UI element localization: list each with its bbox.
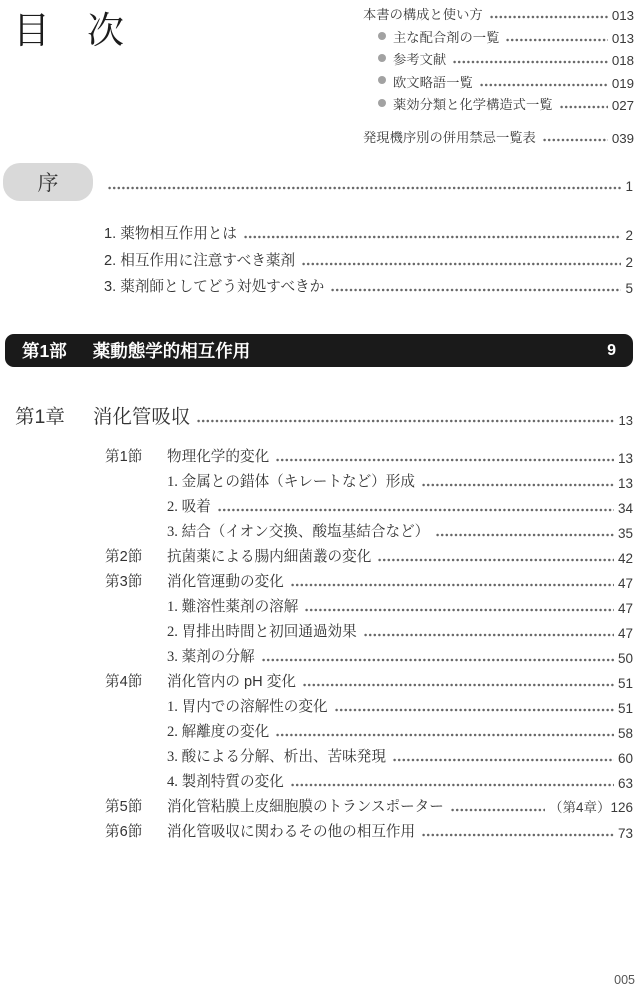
chapter1-sections: 第1節物理化学的変化131. 金属との錯体（キレートなど）形成132. 吸着34… xyxy=(105,441,633,841)
toc-entry-label: 抗菌薬による腸内細菌叢の変化 xyxy=(167,545,371,566)
list-item: 第2節抗菌薬による腸内細菌叢の変化42 xyxy=(105,541,633,566)
toc-entry-page: 027 xyxy=(612,98,634,113)
list-item: 主な配合剤の一覧013 xyxy=(363,23,634,45)
section-number: 第5節 xyxy=(105,795,167,816)
section-number: 第1節 xyxy=(105,445,167,466)
dot-leader xyxy=(378,557,614,563)
dot-leader xyxy=(560,104,608,110)
list-item: 薬効分類と化学構造式一覧027 xyxy=(363,91,634,113)
toc-entry-label: 2. 吸着 xyxy=(167,495,211,516)
list-item: 本書の構成と使い方013 xyxy=(363,1,634,23)
dot-leader xyxy=(453,59,608,65)
toc-entry-page: 019 xyxy=(612,76,634,91)
toc-entry-label: 消化管内の pH 変化 xyxy=(167,670,296,691)
toc-entry-label: 消化管運動の変化 xyxy=(167,570,284,591)
toc-entry-page: 51 xyxy=(618,701,633,716)
toc-entry-page: 47 xyxy=(618,576,633,591)
dot-leader xyxy=(244,234,622,240)
toc-entry-page: 47 xyxy=(618,601,633,616)
section-number: 第6節 xyxy=(105,820,167,841)
toc-entry-page: 5 xyxy=(625,281,633,296)
toc-entry-label: 2. 解離度の変化 xyxy=(167,720,269,741)
toc-entry-label: 4. 製剤特質の変化 xyxy=(167,770,284,791)
toc-entry-label: 薬効分類と化学構造式一覧 xyxy=(393,94,553,113)
dot-leader xyxy=(197,418,614,424)
toc-entry-page: （第4章）126 xyxy=(549,796,633,816)
bullet-icon xyxy=(378,99,386,107)
dot-leader xyxy=(276,457,614,463)
toc-entry-label: 本書の構成と使い方 xyxy=(363,4,483,23)
toc-entry-page: 013 xyxy=(612,8,634,23)
part-number: 第1部 xyxy=(22,338,67,363)
list-item: 1. 金属との錯体（キレートなど）形成13 xyxy=(105,466,633,491)
list-item: 3. 結合（イオン交換、酸塩基結合など）35 xyxy=(105,516,633,541)
toc-entry-label: 2. 相互作用に注意すべき薬剤 xyxy=(104,249,295,270)
bullet-icon xyxy=(378,76,386,84)
list-item: 1. 胃内での溶解性の変化51 xyxy=(105,691,633,716)
dot-leader xyxy=(218,507,614,513)
page-folio: 005 xyxy=(614,973,635,987)
list-item: 第4節消化管内の pH 変化51 xyxy=(105,666,633,691)
part-page: 9 xyxy=(607,342,616,360)
toc-entry-label: 1. 金属との錯体（キレートなど）形成 xyxy=(167,470,415,491)
toc-entry-label: 1. 胃内での溶解性の変化 xyxy=(167,695,328,716)
toc-entry-label: 消化管吸収に関わるその他の相互作用 xyxy=(167,820,415,841)
bullet-icon xyxy=(378,32,386,40)
toc-entry-page: 63 xyxy=(618,776,633,791)
toc-entry-label: 1. 薬物相互作用とは xyxy=(104,222,237,243)
list-item: 第3節消化管運動の変化47 xyxy=(105,566,633,591)
dot-leader xyxy=(480,82,608,88)
toc-entry-page: 039 xyxy=(612,131,634,146)
toc-entry-page: 34 xyxy=(618,501,633,516)
toc-entry-page: 13 xyxy=(618,476,633,491)
chapter-number: 第1章 xyxy=(15,401,65,429)
toc-entry-label: 3. 結合（イオン交換、酸塩基結合など） xyxy=(167,520,429,541)
toc-entry-label: 3. 薬剤の分解 xyxy=(167,645,255,666)
toc-entry-page: 50 xyxy=(618,651,633,666)
toc-entry-label: 物理化学的変化 xyxy=(167,445,269,466)
toc-entry-page: 73 xyxy=(618,826,633,841)
section-number: 第4節 xyxy=(105,670,167,691)
toc-entry-page: 58 xyxy=(618,726,633,741)
dot-leader xyxy=(331,287,621,293)
toc-entry-page: 13 xyxy=(619,413,633,428)
toc-entry-label: 参考文献 xyxy=(393,49,446,68)
preface-leader-row: 1 xyxy=(106,168,633,194)
bullet-icon xyxy=(378,54,386,62)
dot-leader xyxy=(393,757,614,763)
list-item: 参考文献018 xyxy=(363,46,634,68)
dot-leader xyxy=(436,532,614,538)
list-item: 2. 吸着34 xyxy=(105,491,633,516)
part1-heading: 第1部 薬動態学的相互作用 9 xyxy=(5,334,633,367)
dot-leader xyxy=(276,732,614,738)
toc-entry-label: 消化管粘膜上皮細胞膜のトランスポーター xyxy=(167,795,444,816)
list-item: 3. 酸による分解、析出、苦味発現60 xyxy=(105,741,633,766)
list-item: 2. 胃排出時間と初回通過効果47 xyxy=(105,616,633,641)
dot-leader xyxy=(108,185,621,191)
dot-leader xyxy=(543,137,608,143)
toc-entry-label: 欧文略語一覧 xyxy=(393,72,473,91)
toc-entry-page: 1 xyxy=(625,179,633,194)
toc-entry-label: 2. 胃排出時間と初回通過効果 xyxy=(167,620,357,641)
toc-entry-page: 2 xyxy=(625,255,633,270)
toc-entry-page: 51 xyxy=(618,676,633,691)
dot-leader xyxy=(422,482,614,488)
section-number: 第2節 xyxy=(105,545,167,566)
toc-page: 目 次 本書の構成と使い方013主な配合剤の一覧013参考文献018欧文略語一覧… xyxy=(0,0,639,1000)
section-number: 第3節 xyxy=(105,570,167,591)
toc-entry-page: 60 xyxy=(618,751,633,766)
list-item: 3. 薬剤の分解50 xyxy=(105,641,633,666)
list-item: 2. 解離度の変化58 xyxy=(105,716,633,741)
preface-badge: 序 xyxy=(3,163,93,201)
toc-entry-page: 47 xyxy=(618,626,633,641)
list-item: 発現機序別の併用禁忌一覧表039 xyxy=(363,124,634,146)
toc-entry-page: 2 xyxy=(625,228,633,243)
toc-entry-label: 主な配合剤の一覧 xyxy=(393,27,499,46)
list-item: 4. 製剤特質の変化63 xyxy=(105,766,633,791)
toc-entry-page: 13 xyxy=(618,451,633,466)
list-item: 第1節物理化学的変化13 xyxy=(105,441,633,466)
list-item: 第6節消化管吸収に関わるその他の相互作用73 xyxy=(105,816,633,841)
dot-leader xyxy=(364,632,614,638)
chapter-title: 消化管吸収 xyxy=(93,401,191,429)
toc-entry-label: 3. 酸による分解、析出、苦味発現 xyxy=(167,745,386,766)
toc-entry-page: 35 xyxy=(618,526,633,541)
part-title: 薬動態学的相互作用 xyxy=(93,338,251,363)
toc-entry-label: 3. 薬剤師としてどう対処すべきか xyxy=(104,275,324,296)
dot-leader xyxy=(303,682,614,688)
list-item: 欧文略語一覧019 xyxy=(363,68,634,90)
dot-leader xyxy=(291,582,614,588)
toc-entry-page: 42 xyxy=(618,551,633,566)
toc-entry-label: 1. 難溶性薬剤の溶解 xyxy=(167,595,298,616)
dot-leader xyxy=(305,607,614,613)
list-item: 第5節消化管粘膜上皮細胞膜のトランスポーター（第4章）126 xyxy=(105,791,633,816)
dot-leader xyxy=(422,832,614,838)
toc-entry-label: 発現機序別の併用禁忌一覧表 xyxy=(363,127,536,146)
list-item: 3. 薬剤師としてどう対処すべきか5 xyxy=(104,270,633,297)
dot-leader xyxy=(490,14,608,20)
toc-entry-page: 013 xyxy=(612,31,634,46)
chapter1-heading: 第1章 消化管吸収 13 xyxy=(15,401,633,429)
dot-leader xyxy=(451,807,545,813)
list-item: 1. 薬物相互作用とは2 xyxy=(104,216,633,243)
dot-leader xyxy=(302,261,621,267)
list-item: 2. 相互作用に注意すべき薬剤2 xyxy=(104,243,633,270)
page-title: 目 次 xyxy=(13,0,124,54)
list-item: 1. 難溶性薬剤の溶解47 xyxy=(105,591,633,616)
preface-list: 1. 薬物相互作用とは22. 相互作用に注意すべき薬剤23. 薬剤師としてどう対… xyxy=(104,216,633,296)
dot-leader xyxy=(262,657,614,663)
dot-leader xyxy=(291,782,614,788)
toc-entry-page: 018 xyxy=(612,53,634,68)
dot-leader xyxy=(335,707,614,713)
front-matter-list: 本書の構成と使い方013主な配合剤の一覧013参考文献018欧文略語一覧019薬… xyxy=(363,1,634,146)
dot-leader xyxy=(506,37,607,43)
